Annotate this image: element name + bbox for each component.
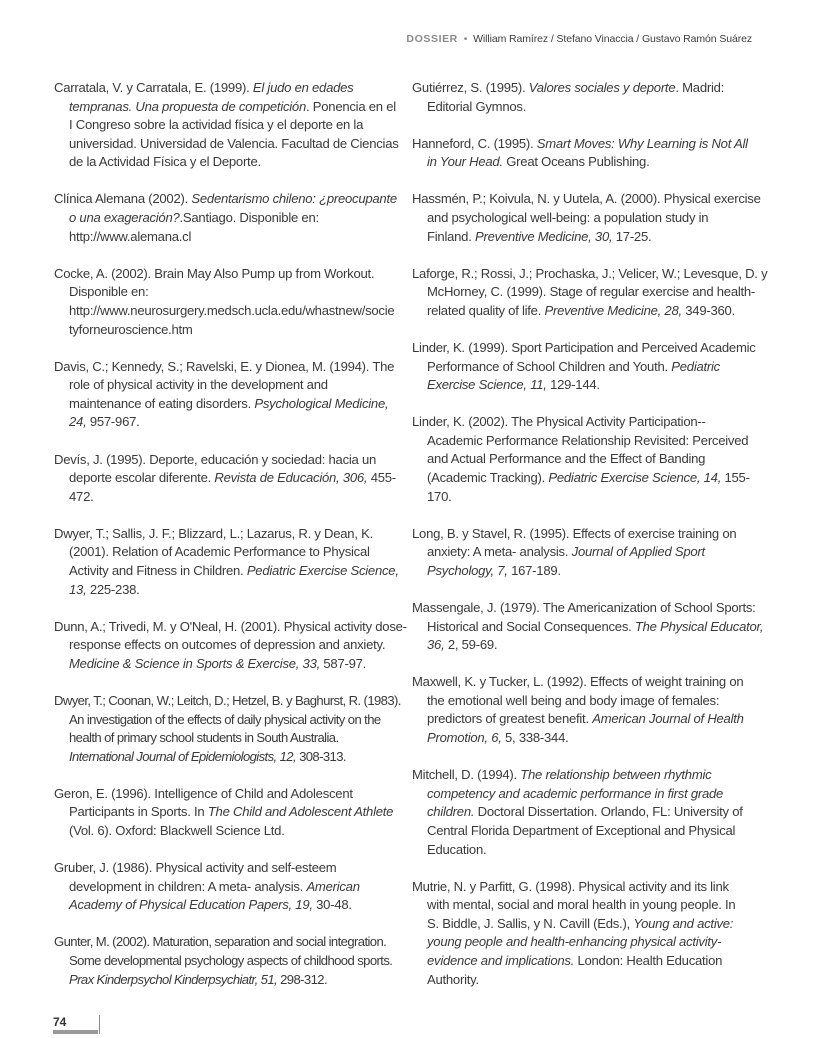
reference-italic-text: El judo en edades — [253, 80, 354, 95]
reference-italic-text: children. — [427, 804, 474, 819]
reference-line: Education. — [412, 841, 757, 860]
reference-entry: Gunter, M. (2002). Maturation, separatio… — [54, 933, 399, 989]
header-separator: • — [464, 33, 468, 45]
reference-text: Geron, E. (1996). Intelligence of Child … — [54, 786, 353, 801]
reference-line: deporte escolar diferente. Revista de Ed… — [54, 469, 399, 488]
reference-text: development in children: A meta- analysi… — [69, 879, 306, 894]
reference-line: the emotional well being and body image … — [412, 692, 757, 711]
references-right-column: Gutiérrez, S. (1995). Valores sociales y… — [412, 79, 757, 1008]
page-number-divider — [99, 1015, 100, 1034]
reference-text: http://www.alemana.cl — [69, 229, 191, 244]
reference-line: young people and health-enhancing physic… — [412, 933, 757, 952]
reference-text: S. Biddle, J. Sallis, y N. Cavill (Eds.)… — [427, 916, 633, 931]
reference-line: Participants in Sports. In The Child and… — [54, 803, 399, 822]
reference-line: Gruber, J. (1986). Physical activity and… — [54, 859, 399, 878]
reference-entry: Mutrie, N. y Parfitt, G. (1998). Physica… — [412, 878, 757, 990]
reference-line: Exercise Science, 11, 129-144. — [412, 376, 757, 395]
reference-text: tyforneuroscience.htm — [69, 322, 193, 337]
reference-text: Doctoral Dissertation. Orlando, FL: Univ… — [474, 804, 742, 819]
section-label: DOSSIER — [406, 33, 457, 45]
reference-text: Mutrie, N. y Parfitt, G. (1998). Physica… — [412, 879, 729, 894]
reference-entry: Clínica Alemana (2002). Sedentarismo chi… — [54, 190, 399, 246]
reference-entry: Gutiérrez, S. (1995). Valores sociales y… — [412, 79, 757, 116]
reference-italic-text: competency and academic performance in f… — [427, 786, 723, 801]
reference-line: 24, 957-967. — [54, 413, 399, 432]
reference-line: Gutiérrez, S. (1995). Valores sociales y… — [412, 79, 757, 98]
header-authors: William Ramírez / Stefano Vinaccia / Gus… — [473, 33, 752, 45]
reference-line: International Journal of Epidemiologists… — [54, 748, 399, 767]
reference-text: http://www.neurosurgery.medsch.ucla.edu/… — [69, 303, 394, 318]
reference-line: Disponible en: — [54, 283, 399, 302]
reference-line: 13, 225-238. — [54, 581, 399, 600]
reference-entry: Hanneford, C. (1995). Smart Moves: Why L… — [412, 135, 757, 172]
reference-italic-text: Pediatric Exercise Science, — [247, 563, 399, 578]
reference-line: role of physical activity in the develop… — [54, 376, 399, 395]
reference-entry: Davis, C.; Kennedy, S.; Ravelski, E. y D… — [54, 358, 399, 432]
reference-line: Mitchell, D. (1994). The relationship be… — [412, 766, 757, 785]
reference-text: Long, B. y Stavel, R. (1995). Effects of… — [412, 526, 736, 541]
reference-line: Activity and Fitness in Children. Pediat… — [54, 562, 399, 581]
reference-italic-text: Preventive Medicine, 28, — [544, 303, 681, 318]
reference-line: related quality of life. Preventive Medi… — [412, 302, 757, 321]
reference-line: Promotion, 6, 5, 338-344. — [412, 729, 757, 748]
reference-text: 225-238. — [86, 582, 139, 597]
reference-text: London: Health Education — [574, 953, 722, 968]
reference-text: . Madrid: — [675, 80, 724, 95]
reference-italic-text: Pediatric Exercise Science, 14, — [548, 470, 721, 485]
page-number: 74 — [53, 1015, 66, 1029]
reference-line: Performance of School Children and Youth… — [412, 358, 757, 377]
reference-text: Finland. — [427, 229, 475, 244]
reference-italic-text: evidence and implications. — [427, 953, 574, 968]
reference-entry: Massengale, J. (1979). The Americanizati… — [412, 599, 757, 655]
reference-italic-text: Smart Moves: Why Learning is Not All — [537, 136, 748, 151]
reference-text: with mental, social and moral health in … — [427, 897, 735, 912]
reference-line: anxiety: A meta- analysis. Journal of Ap… — [412, 543, 757, 562]
reference-line: 36, 2, 59-69. — [412, 636, 757, 655]
reference-text: Davis, C.; Kennedy, S.; Ravelski, E. y D… — [54, 359, 394, 374]
reference-italic-text: young people and health-enhancing physic… — [427, 934, 721, 949]
reference-line: Some developmental psychology aspects of… — [54, 952, 399, 971]
reference-text: Central Florida Department of Exceptiona… — [427, 823, 735, 838]
reference-italic-text: The Physical Educator, — [635, 619, 763, 634]
reference-line: Dwyer, T.; Coonan, W.; Leitch, D.; Hetze… — [54, 692, 399, 711]
reference-entry: Dunn, A.; Trivedi, M. y O'Neal, H. (2001… — [54, 618, 399, 674]
reference-italic-text: Revista de Educación, 306, — [214, 470, 367, 485]
reference-line: (Academic Tracking). Pediatric Exercise … — [412, 469, 757, 488]
reference-line: Linder, K. (1999). Sport Participation a… — [412, 339, 757, 358]
reference-text: 472. — [69, 489, 93, 504]
reference-line: Devís, J. (1995). Deporte, educación y s… — [54, 451, 399, 470]
reference-line: 472. — [54, 488, 399, 507]
reference-text: Clínica Alemana (2002). — [54, 191, 191, 206]
reference-line: Prax Kinderpsychol Kinderpsychiatr, 51, … — [54, 971, 399, 990]
reference-text: Historical and Social Consequences. — [427, 619, 635, 634]
reference-text: Laforge, R.; Rossi, J.; Prochaska, J.; V… — [412, 266, 767, 281]
reference-italic-text: Medicine & Science in Sports & Exercise,… — [69, 656, 320, 671]
reference-line: and Actual Performance and the Effect of… — [412, 450, 757, 469]
reference-line: Cocke, A. (2002). Brain May Also Pump up… — [54, 265, 399, 284]
reference-text: 587-97. — [320, 656, 366, 671]
reference-italic-text: Exercise Science, 11, — [427, 377, 547, 392]
reference-entry: Dwyer, T.; Sallis, J. F.; Blizzard, L.; … — [54, 525, 399, 599]
reference-line: tempranas. Una propuesta de competición.… — [54, 98, 399, 117]
reference-line: Dunn, A.; Trivedi, M. y O'Neal, H. (2001… — [54, 618, 399, 637]
reference-text: Carratala, V. y Carratala, E. (1999). — [54, 80, 253, 95]
reference-text: Education. — [427, 842, 486, 857]
reference-italic-text: Prax Kinderpsychol Kinderpsychiatr, 51, — [69, 972, 277, 987]
reference-text: (Academic Tracking). — [427, 470, 548, 485]
reference-line: S. Biddle, J. Sallis, y N. Cavill (Eds.)… — [412, 915, 757, 934]
reference-italic-text: The Child and Adolescent Athlete — [208, 804, 393, 819]
reference-text: Maxwell, K. y Tucker, L. (1992). Effects… — [412, 674, 743, 689]
reference-italic-text: International Journal of Epidemiologists… — [69, 749, 296, 764]
reference-text: . Ponencia en el — [306, 99, 396, 114]
reference-line: and psychological well-being: a populati… — [412, 209, 757, 228]
reference-italic-text: Sedentarismo chileno: ¿preocupante — [191, 191, 397, 206]
reference-entry: Gruber, J. (1986). Physical activity and… — [54, 859, 399, 915]
reference-text: de la Actividad Física y el Deporte. — [69, 154, 261, 169]
reference-entry: Dwyer, T.; Coonan, W.; Leitch, D.; Hetze… — [54, 692, 399, 766]
reference-line: An investigation of the effects of daily… — [54, 711, 399, 730]
reference-text: Massengale, J. (1979). The Americanizati… — [412, 600, 756, 615]
reference-text: 5, 338-344. — [502, 730, 569, 745]
reference-text: An investigation of the effects of daily… — [69, 712, 381, 727]
reference-text: related quality of life. — [427, 303, 544, 318]
reference-text: Gunter, M. (2002). Maturation, separatio… — [54, 934, 386, 949]
reference-italic-text: Journal of Applied Sport — [572, 544, 705, 559]
reference-text: 167-189. — [508, 563, 561, 578]
reference-text: Participants in Sports. In — [69, 804, 208, 819]
reference-entry: Long, B. y Stavel, R. (1995). Effects of… — [412, 525, 757, 581]
reference-line: tyforneuroscience.htm — [54, 321, 399, 340]
reference-text: Academic Performance Relationship Revisi… — [427, 433, 748, 448]
reference-line: (Vol. 6). Oxford: Blackwell Science Ltd. — [54, 822, 399, 841]
reference-text: 30-48. — [313, 897, 352, 912]
reference-text: Hanneford, C. (1995). — [412, 136, 537, 151]
reference-text: Disponible en: — [69, 284, 148, 299]
reference-line: de la Actividad Física y el Deporte. — [54, 153, 399, 172]
reference-italic-text: Psychology, 7, — [427, 563, 508, 578]
reference-italic-text: 24, — [69, 414, 86, 429]
reference-line: 170. — [412, 488, 757, 507]
reference-text: Cocke, A. (2002). Brain May Also Pump up… — [54, 266, 374, 281]
reference-text: Dunn, A.; Trivedi, M. y O'Neal, H. (2001… — [54, 619, 407, 634]
running-header: DOSSIER • William Ramírez / Stefano Vina… — [406, 33, 752, 45]
reference-text: Mitchell, D. (1994). — [412, 767, 520, 782]
reference-text: role of physical activity in the develop… — [69, 377, 328, 392]
reference-line: McHorney, C. (1999). Stage of regular ex… — [412, 283, 757, 302]
reference-text: 170. — [427, 489, 451, 504]
reference-line: Editorial Gymnos. — [412, 98, 757, 117]
reference-line: (2001). Relation of Academic Performance… — [54, 543, 399, 562]
reference-line: Hanneford, C. (1995). Smart Moves: Why L… — [412, 135, 757, 154]
reference-text: and Actual Performance and the Effect of… — [427, 451, 705, 466]
reference-text: maintenance of eating disorders. — [69, 396, 254, 411]
reference-entry: Linder, K. (1999). Sport Participation a… — [412, 339, 757, 395]
reference-line: Davis, C.; Kennedy, S.; Ravelski, E. y D… — [54, 358, 399, 377]
reference-line: Historical and Social Consequences. The … — [412, 618, 757, 637]
reference-line: universidad. Universidad de Valencia. Fa… — [54, 135, 399, 154]
reference-line: with mental, social and moral health in … — [412, 896, 757, 915]
reference-line: Dwyer, T.; Sallis, J. F.; Blizzard, L.; … — [54, 525, 399, 544]
reference-text: Linder, K. (2002). The Physical Activity… — [412, 414, 706, 429]
reference-italic-text: o una exageración? — [69, 210, 180, 225]
reference-text: Editorial Gymnos. — [427, 99, 526, 114]
reference-line: Mutrie, N. y Parfitt, G. (1998). Physica… — [412, 878, 757, 897]
reference-line: Academy of Physical Education Papers, 19… — [54, 896, 399, 915]
reference-text: and psychological well-being: a populati… — [427, 210, 708, 225]
reference-line: Maxwell, K. y Tucker, L. (1992). Effects… — [412, 673, 757, 692]
reference-entry: Laforge, R.; Rossi, J.; Prochaska, J.; V… — [412, 265, 757, 321]
reference-text: deporte escolar diferente. — [69, 470, 214, 485]
reference-line: Medicine & Science in Sports & Exercise,… — [54, 655, 399, 674]
reference-entry: Linder, K. (2002). The Physical Activity… — [412, 413, 757, 506]
reference-italic-text: Preventive Medicine, 30, — [475, 229, 612, 244]
reference-text: Performance of School Children and Youth… — [427, 359, 671, 374]
reference-line: Psychology, 7, 167-189. — [412, 562, 757, 581]
reference-entry: Hassmén, P.; Koivula, N. y Uutela, A. (2… — [412, 190, 757, 246]
reference-italic-text: Pediatric — [671, 359, 720, 374]
reference-line: response effects on outcomes of depressi… — [54, 636, 399, 655]
reference-line: maintenance of eating disorders. Psychol… — [54, 395, 399, 414]
reference-line: Hassmén, P.; Koivula, N. y Uutela, A. (2… — [412, 190, 757, 209]
reference-text: anxiety: A meta- analysis. — [427, 544, 572, 559]
reference-text: universidad. Universidad de Valencia. Fa… — [69, 136, 399, 151]
reference-text: Activity and Fitness in Children. — [69, 563, 247, 578]
reference-italic-text: tempranas. Una propuesta de competición — [69, 99, 306, 114]
reference-entry: Carratala, V. y Carratala, E. (1999). El… — [54, 79, 399, 172]
reference-text: Great Oceans Publishing. — [503, 154, 650, 169]
reference-text: (2001). Relation of Academic Performance… — [69, 544, 370, 559]
reference-text: Linder, K. (1999). Sport Participation a… — [412, 340, 756, 355]
reference-line: http://www.alemana.cl — [54, 228, 399, 247]
reference-italic-text: Young and active: — [633, 916, 733, 931]
reference-text: 957-967. — [86, 414, 139, 429]
reference-line: Massengale, J. (1979). The Americanizati… — [412, 599, 757, 618]
reference-line: evidence and implications. London: Healt… — [412, 952, 757, 971]
reference-line: Clínica Alemana (2002). Sedentarismo chi… — [54, 190, 399, 209]
reference-text: response effects on outcomes of depressi… — [69, 637, 385, 652]
reference-text: 349-360. — [682, 303, 735, 318]
reference-line: predictors of greatest benefit. American… — [412, 710, 757, 729]
reference-text: Gruber, J. (1986). Physical activity and… — [54, 860, 336, 875]
reference-line: o una exageración?.Santiago. Disponible … — [54, 209, 399, 228]
reference-italic-text: 13, — [69, 582, 86, 597]
reference-entry: Geron, E. (1996). Intelligence of Child … — [54, 785, 399, 841]
reference-line: children. Doctoral Dissertation. Orlando… — [412, 803, 757, 822]
reference-text: 298-312. — [277, 972, 327, 987]
reference-text: predictors of greatest benefit. — [427, 711, 592, 726]
reference-text: the emotional well being and body image … — [427, 693, 719, 708]
reference-line: Authority. — [412, 971, 757, 990]
reference-line: Geron, E. (1996). Intelligence of Child … — [54, 785, 399, 804]
reference-italic-text: American Journal of Health — [592, 711, 743, 726]
reference-text: 155- — [721, 470, 750, 485]
reference-line: http://www.neurosurgery.medsch.ucla.edu/… — [54, 302, 399, 321]
reference-text: 129-144. — [547, 377, 600, 392]
reference-line: Laforge, R.; Rossi, J.; Prochaska, J.; V… — [412, 265, 757, 284]
reference-italic-text: in Your Head. — [427, 154, 503, 169]
reference-line: Long, B. y Stavel, R. (1995). Effects of… — [412, 525, 757, 544]
reference-line: I Congreso sobre la actividad física y e… — [54, 116, 399, 135]
reference-italic-text: Psychological Medicine, — [254, 396, 388, 411]
reference-line: Carratala, V. y Carratala, E. (1999). El… — [54, 79, 399, 98]
reference-line: development in children: A meta- analysi… — [54, 878, 399, 897]
reference-italic-text: American — [306, 879, 359, 894]
page-number-rule — [53, 1030, 98, 1034]
reference-italic-text: 36, — [427, 637, 444, 652]
reference-line: competency and academic performance in f… — [412, 785, 757, 804]
reference-text: McHorney, C. (1999). Stage of regular ex… — [427, 284, 755, 299]
references-left-column: Carratala, V. y Carratala, E. (1999). El… — [54, 79, 399, 1008]
reference-entry: Devís, J. (1995). Deporte, educación y s… — [54, 451, 399, 507]
reference-text: I Congreso sobre la actividad física y e… — [69, 117, 363, 132]
reference-text: 308-313. — [296, 749, 346, 764]
reference-line: Academic Performance Relationship Revisi… — [412, 432, 757, 451]
reference-italic-text: Promotion, 6, — [427, 730, 502, 745]
reference-entry: Maxwell, K. y Tucker, L. (1992). Effects… — [412, 673, 757, 747]
reference-line: Central Florida Department of Exceptiona… — [412, 822, 757, 841]
reference-text: Devís, J. (1995). Deporte, educación y s… — [54, 452, 376, 467]
reference-text: .Santiago. Disponible en: — [180, 210, 319, 225]
reference-line: Linder, K. (2002). The Physical Activity… — [412, 413, 757, 432]
reference-line: in Your Head. Great Oceans Publishing. — [412, 153, 757, 172]
reference-text: 455- — [367, 470, 396, 485]
reference-text: Dwyer, T.; Sallis, J. F.; Blizzard, L.; … — [54, 526, 373, 541]
reference-entry: Cocke, A. (2002). Brain May Also Pump up… — [54, 265, 399, 339]
reference-italic-text: Academy of Physical Education Papers, 19… — [69, 897, 313, 912]
reference-text: 17-25. — [612, 229, 651, 244]
reference-line: Finland. Preventive Medicine, 30, 17-25. — [412, 228, 757, 247]
reference-entry: Mitchell, D. (1994). The relationship be… — [412, 766, 757, 859]
reference-text: (Vol. 6). Oxford: Blackwell Science Ltd. — [69, 823, 285, 838]
reference-text: Hassmén, P.; Koivula, N. y Uutela, A. (2… — [412, 191, 761, 206]
reference-text: health of primary school students in Sou… — [69, 730, 339, 745]
reference-text: Gutiérrez, S. (1995). — [412, 80, 529, 95]
reference-italic-text: Valores sociales y deporte — [529, 80, 676, 95]
reference-text: 2, 59-69. — [444, 637, 497, 652]
reference-text: Dwyer, T.; Coonan, W.; Leitch, D.; Hetze… — [54, 693, 401, 708]
reference-italic-text: The relationship between rhythmic — [520, 767, 711, 782]
reference-line: Gunter, M. (2002). Maturation, separatio… — [54, 933, 399, 952]
reference-text: Some developmental psychology aspects of… — [69, 953, 392, 968]
reference-line: health of primary school students in Sou… — [54, 729, 399, 748]
reference-text: Authority. — [427, 972, 479, 987]
